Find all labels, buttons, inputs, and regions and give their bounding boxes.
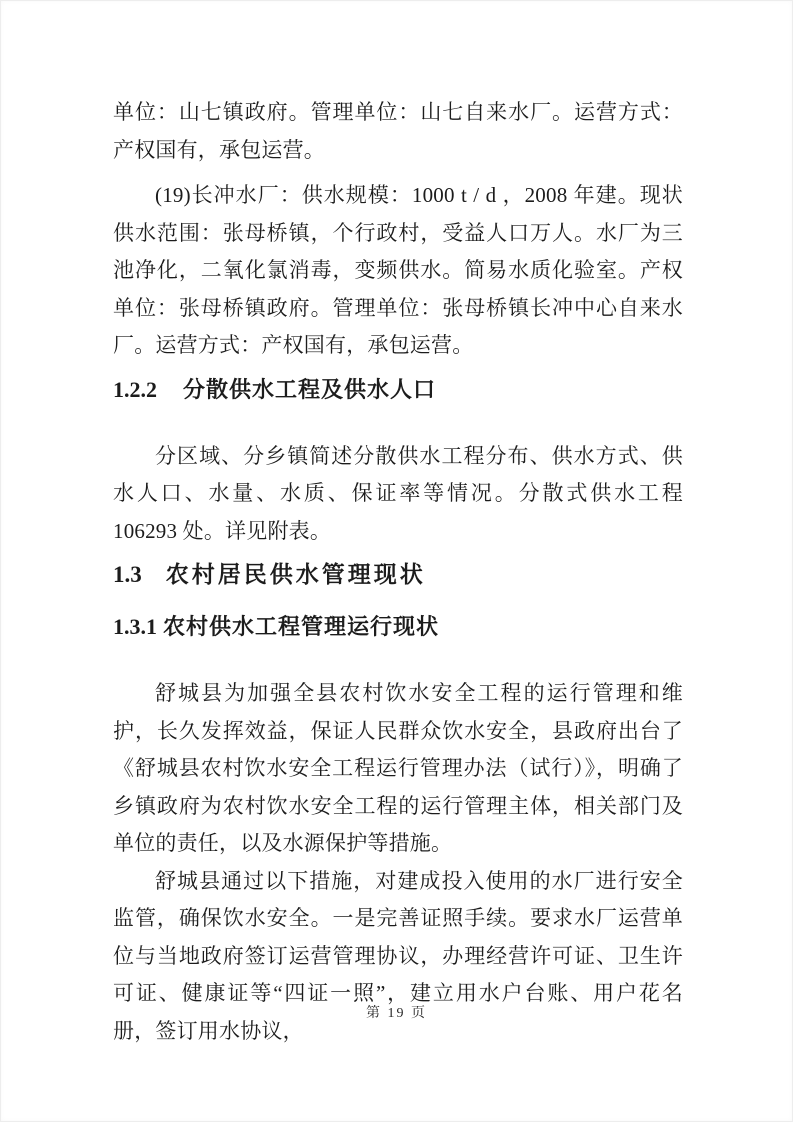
heading-1-3-title: 农村居民供水管理现状 — [166, 562, 426, 587]
heading-1-3-number: 1.3 — [113, 562, 142, 587]
heading-1-3-1: 1.3.1农村供水工程管理运行现状 — [113, 612, 683, 642]
heading-1-2-2: 1.2.2分散供水工程及供水人口 — [113, 375, 683, 405]
para-dispersed-supply: 分区域、分乡镇简述分散供水工程分布、供水方式、供水人口、水量、水质、保证率等情况… — [113, 438, 683, 551]
heading-1-3-1-number: 1.3.1 — [113, 614, 157, 639]
heading-1-2-2-title: 分散供水工程及供水人口 — [183, 377, 436, 402]
heading-1-3-1-title: 农村供水工程管理运行现状 — [163, 614, 439, 639]
document-page: 单位：山七镇政府。管理单位：山七自来水厂。运营方式：产权国有，承包运营。 (19… — [0, 0, 793, 1122]
para-management-measures: 舒城县为加强全县农村饮水安全工程的运行管理和维护，长久发挥效益，保证人民群众饮水… — [113, 675, 683, 863]
page-number: 第 19 页 — [0, 1002, 793, 1022]
heading-1-2-2-number: 1.2.2 — [113, 377, 157, 402]
para-supply-unit-continued: 单位：山七镇政府。管理单位：山七自来水厂。运营方式：产权国有，承包运营。 — [113, 94, 683, 169]
para-changchong-plant: (19)长冲水厂：供水规模：1000 t / d ，2008 年建。现状供水范围… — [113, 177, 683, 365]
heading-1-3: 1.3农村居民供水管理现状 — [113, 559, 683, 591]
